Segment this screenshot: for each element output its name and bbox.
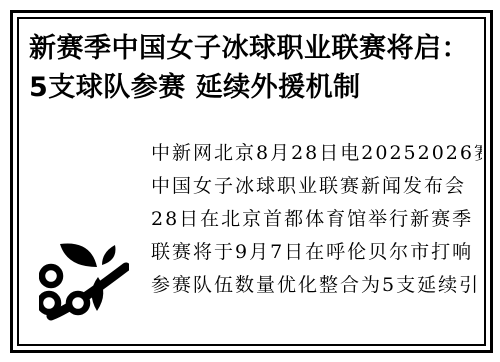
article-body-line: 参赛队伍数量优化整合为5支延续引 <box>151 269 482 302</box>
article-title-line-2: 5支球队参赛 延续外援机制 <box>29 68 476 107</box>
article-page: 新赛季中国女子冰球职业联赛将启： 5支球队参赛 延续外援机制 中新网北京8月28… <box>19 19 484 344</box>
article-title: 新赛季中国女子冰球职业联赛将启： 5支球队参赛 延续外援机制 <box>29 29 476 107</box>
berry-branch-icon <box>39 239 129 321</box>
article-body-line: 中国女子冰球职业联赛新闻发布会 <box>151 170 482 203</box>
article-body-line: 28日在北京首都体育馆举行新赛季 <box>151 203 482 236</box>
article-title-line-1: 新赛季中国女子冰球职业联赛将启： <box>29 29 476 68</box>
inner-frame: 新赛季中国女子冰球职业联赛将启： 5支球队参赛 延续外援机制 中新网北京8月28… <box>17 17 486 346</box>
article-body-line: 中新网北京8月28日电20252026赛季 <box>151 137 482 170</box>
article-body: 中新网北京8月28日电20252026赛季 中国女子冰球职业联赛新闻发布会 28… <box>151 137 482 302</box>
article-body-line: 联赛将于9月7日在呼伦贝尔市打响 <box>151 236 482 269</box>
outer-frame: 新赛季中国女子冰球职业联赛将启： 5支球队参赛 延续外援机制 中新网北京8月28… <box>10 10 493 353</box>
